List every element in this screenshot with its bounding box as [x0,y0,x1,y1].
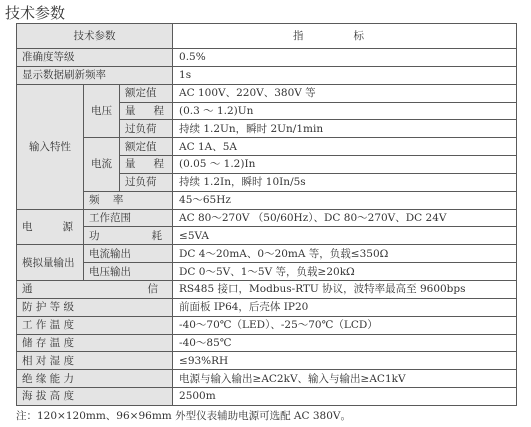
row-value-storage-temp: -40～85℃ [173,334,517,352]
table-row: 模拟量输出 电流输出 DC 4～20mA、0～20mA 等，负载≤350Ω [17,245,517,263]
table-row: 海 拔 高 度 2500m [17,388,517,406]
row-label-current-overload: 过负荷 [120,173,173,191]
row-value-protection: 前面板 IP64，后壳体 IP20 [173,298,517,316]
row-label-work-temp: 工 作 温 度 [17,316,173,334]
row-value-altitude: 2500m [173,388,517,406]
table-row: 防 护 等 级 前面板 IP64，后壳体 IP20 [17,298,517,316]
row-label-current-rated: 额定值 [120,138,173,156]
table-row: 绝 缘 能 力 电源与输入输出≥AC2kV、输入与输出≥AC1kV [17,370,517,388]
row-label-refresh: 显示数据刷新频率 [17,66,173,84]
spec-table: 技术参数 指标 准确度等级 0.5% 显示数据刷新频率 1s 输入特性 电压 额… [16,23,517,406]
row-label-input: 输入特性 [17,84,84,209]
row-value-power-consumption: ≤5VA [173,227,517,245]
header-param: 技术参数 [17,24,173,49]
table-row: 准确度等级 0.5% [17,49,517,67]
table-row: 储 存 温 度 -40～85℃ [17,334,517,352]
row-label-voltage-overload: 过负荷 [120,120,173,138]
row-value-accuracy: 0.5% [173,49,517,67]
row-value-work-temp: -40～70℃（LED）、-25～70℃（LCD） [173,316,517,334]
row-value-power-range: AC 80～270V （50/60Hz）、DC 80～270V、DC 24V [173,209,517,227]
row-label-voltage-output: 电压输出 [84,263,173,281]
row-value-humidity: ≤93%RH [173,352,517,370]
table-row: 工 作 温 度 -40～70℃（LED）、-25～70℃（LCD） [17,316,517,334]
row-label-humidity: 相 对 湿 度 [17,352,173,370]
row-label-power-range: 工作范围 [84,209,173,227]
row-label-altitude: 海 拔 高 度 [17,388,173,406]
row-value-voltage-overload: 持续 1.2Un，瞬时 2Un/1min [173,120,517,138]
footnote: 注：120×120mm、96×96mm 外型仪表辅助电源可选配 AC 380V。 [16,408,351,423]
row-label-insulation: 绝 缘 能 力 [17,370,173,388]
table-row: 相 对 湿 度 ≤93%RH [17,352,517,370]
row-label-comm: 通信 [17,280,173,298]
row-label-power-consumption: 功耗 [84,227,173,245]
table-row: 通信 RS485 接口，Modbus-RTU 协议，波特率最高至 9600bps [17,280,517,298]
page-title: 技术参数 [5,2,65,23]
row-value-voltage-output: DC 0～5V、1～5V 等，负载≥20kΩ [173,263,517,281]
row-label-frequency: 频 率 [84,191,173,209]
row-value-refresh: 1s [173,66,517,84]
row-value-current-rated: AC 1A、5A [173,138,517,156]
row-value-current-range: (0.05 ～ 1.2)In [173,156,517,174]
row-label-current-range: 量程 [120,156,173,174]
row-label-power: 电源 [17,209,84,245]
row-value-voltage-range: (0.3 ～ 1.2)Un [173,102,517,120]
table-row: 电源 工作范围 AC 80～270V （50/60Hz）、DC 80～270V、… [17,209,517,227]
row-value-comm: RS485 接口，Modbus-RTU 协议，波特率最高至 9600bps [173,280,517,298]
table-row: 频 率 45～65Hz [17,191,517,209]
table-row: 电流 额定值 AC 1A、5A [17,138,517,156]
row-label-protection: 防 护 等 级 [17,298,173,316]
row-label-storage-temp: 储 存 温 度 [17,334,173,352]
row-label-current-output: 电流输出 [84,245,173,263]
table-row: 显示数据刷新频率 1s [17,66,517,84]
row-value-current-output: DC 4～20mA、0～20mA 等，负载≤350Ω [173,245,517,263]
table-header-row: 技术参数 指标 [17,24,517,49]
table-row: 输入特性 电压 额定值 AC 100V、220V、380V 等 [17,84,517,102]
table-row: 电压输出 DC 0～5V、1～5V 等，负载≥20kΩ [17,263,517,281]
table-row: 功耗 ≤5VA [17,227,517,245]
row-label-voltage-range: 量程 [120,102,173,120]
row-value-current-overload: 持续 1.2In，瞬时 10In/5s [173,173,517,191]
row-value-insulation: 电源与输入输出≥AC2kV、输入与输出≥AC1kV [173,370,517,388]
row-label-analog-output: 模拟量输出 [17,245,84,281]
header-value: 指标 [173,24,517,49]
row-label-input-current: 电流 [84,138,120,192]
row-label-voltage-rated: 额定值 [120,84,173,102]
row-value-frequency: 45～65Hz [173,191,517,209]
row-value-voltage-rated: AC 100V、220V、380V 等 [173,84,517,102]
row-label-input-voltage: 电压 [84,84,120,138]
row-label-accuracy: 准确度等级 [17,49,173,67]
